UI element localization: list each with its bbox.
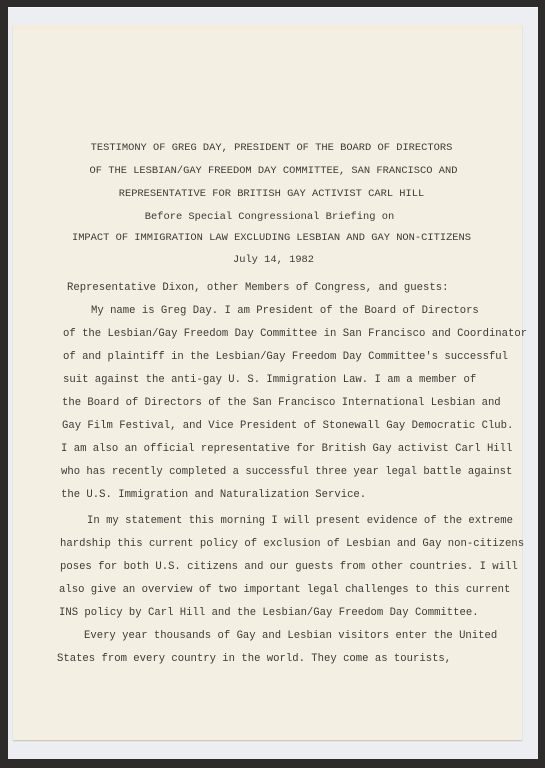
body-line: I am also an official representative for… — [61, 443, 512, 455]
body-line: hardship this current policy of exclusio… — [60, 538, 524, 550]
body-line: Every year thousands of Gay and Lesbian … — [84, 630, 497, 642]
title-line-2: OF THE LESBIAN/GAY FREEDOM DAY COMMITTEE… — [19, 165, 528, 177]
body-line: the U.S. Immigration and Naturalization … — [61, 489, 366, 501]
body-line: poses for both U.S. citizens and our gue… — [60, 561, 518, 573]
body-line: of the Lesbian/Gay Freedom Day Committee… — [63, 328, 527, 340]
document-page: TESTIMONY OF GREG DAY, PRESIDENT OF THE … — [13, 25, 522, 740]
body-line: also give an overview of two important l… — [59, 584, 510, 596]
title-line-1: TESTIMONY OF GREG DAY, PRESIDENT OF THE … — [17, 142, 526, 154]
title-line-3: REPRESENTATIVE FOR BRITISH GAY ACTIVIST … — [17, 188, 526, 200]
body-line: who has recently completed a successful … — [61, 466, 512, 478]
title-line-5: IMPACT OF IMMIGRATION LAW EXCLUDING LESB… — [17, 232, 526, 244]
body-line: suit against the anti-gay U. S. Immigrat… — [63, 374, 476, 386]
body-line: Gay Film Festival, and Vice President of… — [62, 420, 513, 432]
title-date: July 14, 1982 — [19, 254, 528, 266]
body-line: of and plaintiff in the Lesbian/Gay Free… — [63, 351, 508, 363]
body-line: States from every country in the world. … — [57, 653, 451, 665]
salutation: Representative Dixon, other Members of C… — [67, 282, 448, 294]
body-line: INS policy by Carl Hill and the Lesbian/… — [59, 607, 479, 619]
title-line-4: Before Special Congressional Briefing on — [15, 211, 524, 223]
body-line: In my statement this morning I will pres… — [87, 515, 513, 527]
body-line: the Board of Directors of the San Franci… — [62, 397, 501, 409]
body-line: My name is Greg Day. I am President of t… — [91, 305, 479, 317]
